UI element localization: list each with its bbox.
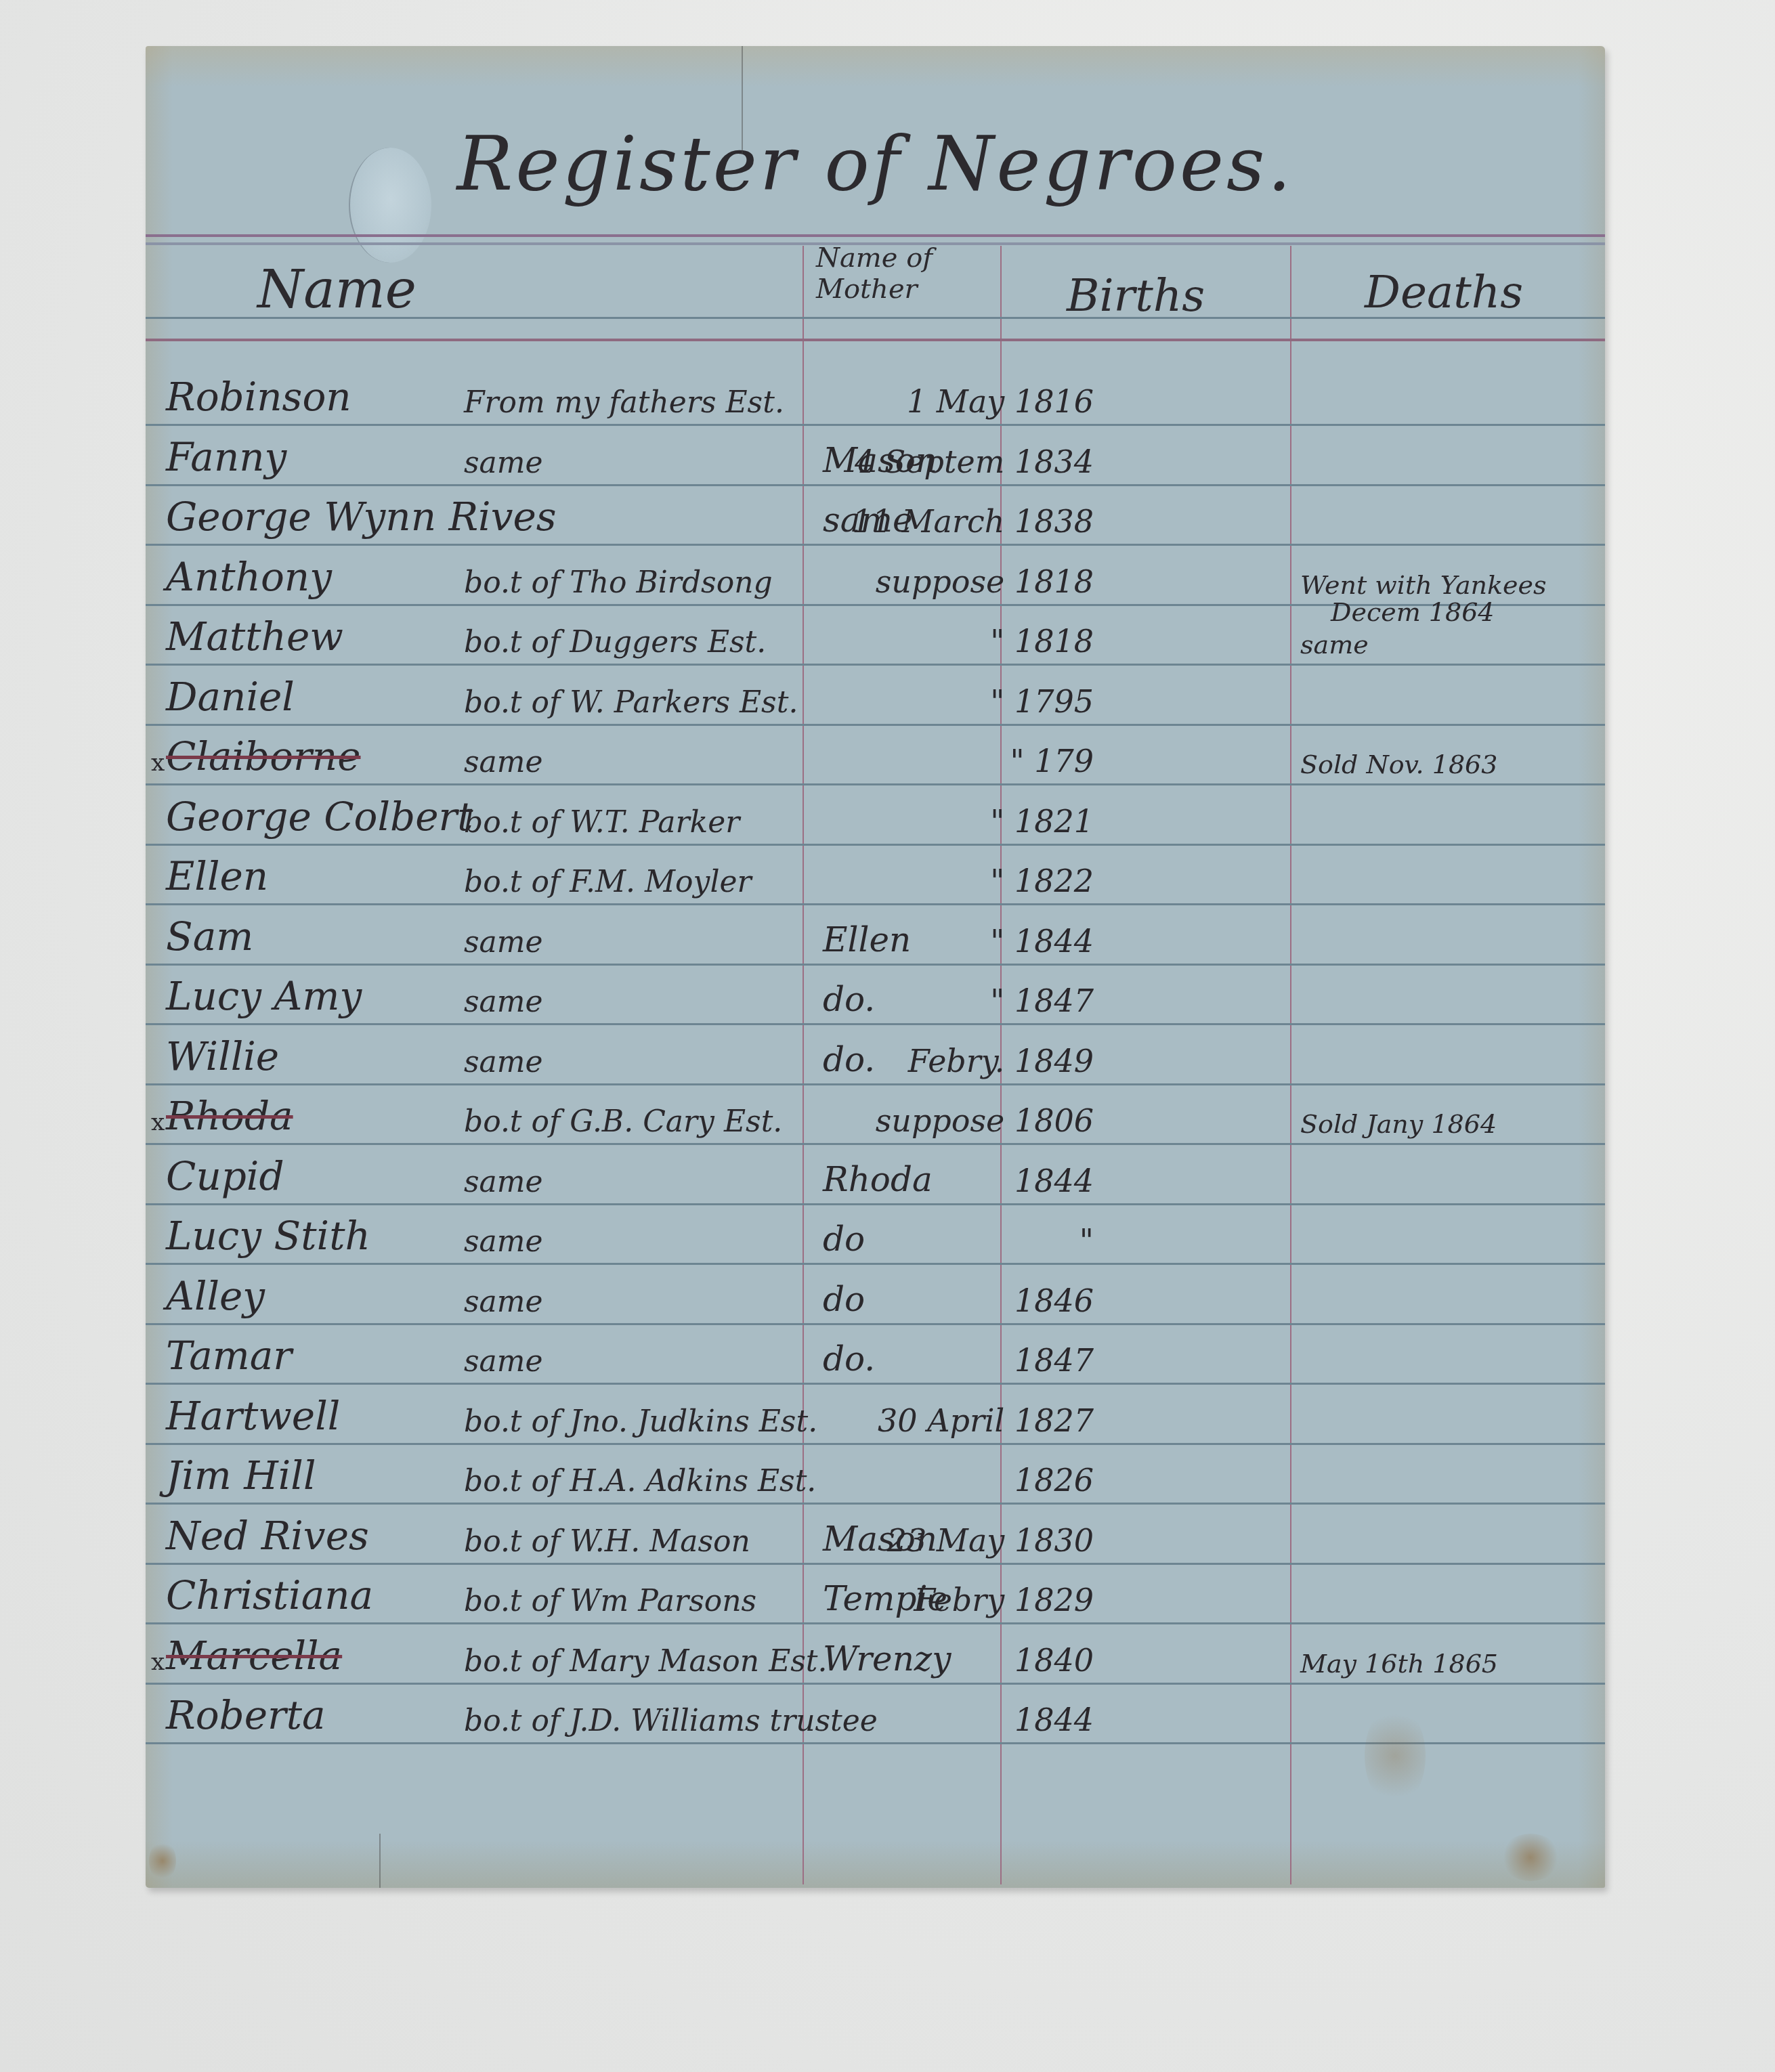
table-row: xMarcellabo.t of Mary Mason Est.Wrenzy18… [146, 1623, 1605, 1683]
entry-name: Robinson [166, 374, 351, 420]
entry-name: Fanny [166, 434, 286, 480]
entry-death: Went with Yankees [1300, 570, 1547, 600]
entry-birth: " 1818 [990, 623, 1094, 660]
entry-birth: 30 April 1827 [878, 1402, 1094, 1439]
entry-name: Hartwell [166, 1393, 340, 1439]
entry-source: same [464, 1165, 543, 1199]
column-header-deaths: Deaths [1365, 266, 1523, 318]
column-header-mother: Name of Mother [816, 242, 992, 305]
entry-source: bo.t of Mary Mason Est. [464, 1644, 828, 1679]
tear-top [742, 46, 743, 154]
table-row: Ned Rivesbo.t of W.H. MasonMason23 May 1… [146, 1503, 1605, 1563]
table-row: Alleysamedo1846 [146, 1264, 1605, 1323]
table-row: Tamarsamedo.1847 [146, 1323, 1605, 1383]
entry-name: Willie [166, 1033, 279, 1079]
entry-mother: do. [823, 1040, 875, 1079]
entry-birth: 23 May 1830 [887, 1522, 1094, 1559]
x-mark-icon: x [151, 749, 165, 777]
entry-mother: Ellen [823, 920, 911, 959]
table-row: Lucy Stithsamedo" [146, 1203, 1605, 1263]
entry-source: From my fathers Est. [464, 385, 784, 420]
entry-birth: " [1079, 1222, 1094, 1259]
x-mark-icon: x [151, 1108, 165, 1136]
table-row: Hartwellbo.t of Jno. Judkins Est.30 Apri… [146, 1383, 1605, 1443]
entry-source: bo.t of W. Parkers Est. [464, 685, 798, 720]
entry-name: Ned Rives [166, 1513, 369, 1559]
entry-source: bo.t of F.M. Moyler [464, 865, 752, 899]
x-mark-icon: x [151, 1648, 165, 1676]
entry-birth: " 1821 [990, 803, 1094, 840]
table-row: Ellenbo.t of F.M. Moyler" 1822 [146, 844, 1605, 903]
entry-death: May 16th 1865 [1300, 1649, 1498, 1679]
entry-name: Sam [166, 913, 253, 959]
table-row: xClaibornesame" 179Sold Nov. 1863 [146, 724, 1605, 783]
entry-source: same [464, 985, 543, 1019]
table-row: Matthewbo.t of Duggers Est." 1818same [146, 604, 1605, 664]
entry-name: Daniel [166, 674, 295, 720]
entry-source: same [464, 1045, 543, 1079]
entry-name: Anthony [166, 554, 332, 600]
stain [1365, 1705, 1426, 1807]
entry-birth: 1847 [1014, 1342, 1094, 1379]
entry-source: same [464, 745, 543, 779]
entry-birth: " 179 [1010, 743, 1094, 779]
entry-source: same [464, 446, 543, 480]
entry-birth: " 1844 [990, 923, 1094, 959]
entry-mother: do. [823, 1339, 875, 1379]
entry-name: Jim Hill [166, 1452, 316, 1498]
entry-birth: 1840 [1014, 1642, 1094, 1679]
entry-source: same [464, 1344, 543, 1379]
header-rule-red [146, 339, 1605, 341]
entry-name: George Colbert [166, 794, 473, 840]
entry-name: Christiana [166, 1572, 373, 1618]
table-row: Williesamedo.Febry. 1849 [146, 1024, 1605, 1083]
entry-birth: 1844 [1014, 1163, 1094, 1199]
entry-birth: 1846 [1014, 1282, 1094, 1319]
entry-name: Matthew [166, 613, 343, 660]
entry-mother: Rhoda [823, 1160, 933, 1199]
entry-mother: do [823, 1220, 865, 1259]
stain [1500, 1834, 1561, 1881]
entry-mother: Wrenzy [823, 1639, 951, 1679]
entry-name: Alley [166, 1273, 265, 1319]
entry-name: Roberta [166, 1692, 326, 1738]
entry-source: same [464, 1285, 543, 1319]
stain [149, 1840, 176, 1881]
entry-birth: Febry. 1849 [908, 1043, 1094, 1079]
table-row: Jim Hillbo.t of H.A. Adkins Est.1826 [146, 1443, 1605, 1503]
entry-birth: Febry 1829 [914, 1582, 1094, 1618]
header-rule-top [146, 234, 1605, 237]
entry-source: bo.t of Duggers Est. [464, 625, 766, 660]
entry-name: Lucy Amy [166, 973, 362, 1019]
ledger-page: Register of Negroes. Name Name of Mother… [146, 46, 1605, 1888]
entry-name: Marcella [166, 1633, 342, 1679]
table-row: Christianabo.t of Wm ParsonsTempieFebry … [146, 1563, 1605, 1622]
entry-source: bo.t of Wm Parsons [464, 1584, 756, 1618]
entry-name: Claiborne [166, 733, 361, 779]
entry-mother: do [823, 1280, 865, 1319]
entry-mother: do. [823, 980, 875, 1019]
entry-source: bo.t of W.H. Mason [464, 1524, 750, 1559]
table-row: CupidsameRhoda1844 [146, 1144, 1605, 1203]
entry-birth: " 1822 [990, 863, 1094, 899]
entry-birth: 4 Septem 1834 [855, 444, 1094, 480]
table-row: RobinsonFrom my fathers Est.1 May 1816 [146, 364, 1605, 424]
entry-death: Sold Jany 1864 [1300, 1109, 1497, 1139]
entry-source: bo.t of H.A. Adkins Est. [464, 1464, 816, 1498]
entry-birth: 1844 [1014, 1702, 1094, 1738]
entry-source: same [464, 1224, 543, 1259]
entry-source: bo.t of G.B. Cary Est. [464, 1104, 782, 1139]
entry-source: bo.t of W.T. Parker [464, 805, 740, 840]
entry-name: Rhoda [166, 1093, 293, 1139]
entry-source: bo.t of Jno. Judkins Est. [464, 1404, 817, 1439]
entry-name: Tamar [166, 1333, 292, 1379]
entry-birth: " 1795 [990, 683, 1094, 720]
entry-birth: suppose 1818 [876, 563, 1094, 600]
column-header-births: Births [1067, 269, 1205, 322]
entry-birth: 1 May 1816 [907, 383, 1094, 420]
entry-source: bo.t of Tho Birdsong [464, 565, 773, 600]
entry-birth: 1826 [1014, 1462, 1094, 1498]
table-row: George Colbertbo.t of W.T. Parker" 1821 [146, 784, 1605, 844]
entry-name: Ellen [166, 853, 268, 899]
table-row: FannysameMason4 Septem 1834 [146, 425, 1605, 484]
entry-death: same [1300, 630, 1369, 660]
column-header-name: Name [257, 259, 416, 320]
entry-name: George Wynn Rives [166, 494, 557, 540]
table-row: xRhodabo.t of G.B. Cary Est.suppose 1806… [146, 1083, 1605, 1143]
entry-name: Lucy Stith [166, 1213, 370, 1259]
header-rule-bottom [146, 317, 1605, 319]
entry-birth: 11 March 1838 [852, 503, 1094, 540]
table-row: Anthonybo.t of Tho Birdsongsuppose 1818W… [146, 544, 1605, 604]
entry-source: bo.t of J.D. Williams trustee [464, 1704, 878, 1738]
entry-death: Sold Nov. 1863 [1300, 750, 1497, 779]
page-title: Register of Negroes. [146, 121, 1605, 207]
entry-name: Cupid [166, 1153, 284, 1199]
entry-source: same [464, 925, 543, 959]
entry-birth: " 1847 [990, 983, 1094, 1019]
table-row: Lucy Amysamedo." 1847 [146, 964, 1605, 1023]
table-row: SamsameEllen" 1844 [146, 904, 1605, 964]
table-row: Danielbo.t of W. Parkers Est." 1795 [146, 664, 1605, 724]
tear-bottom [379, 1834, 381, 1888]
table-row: George Wynn Rivessame11 March 1838 [146, 484, 1605, 544]
entry-birth: suppose 1806 [876, 1102, 1094, 1139]
